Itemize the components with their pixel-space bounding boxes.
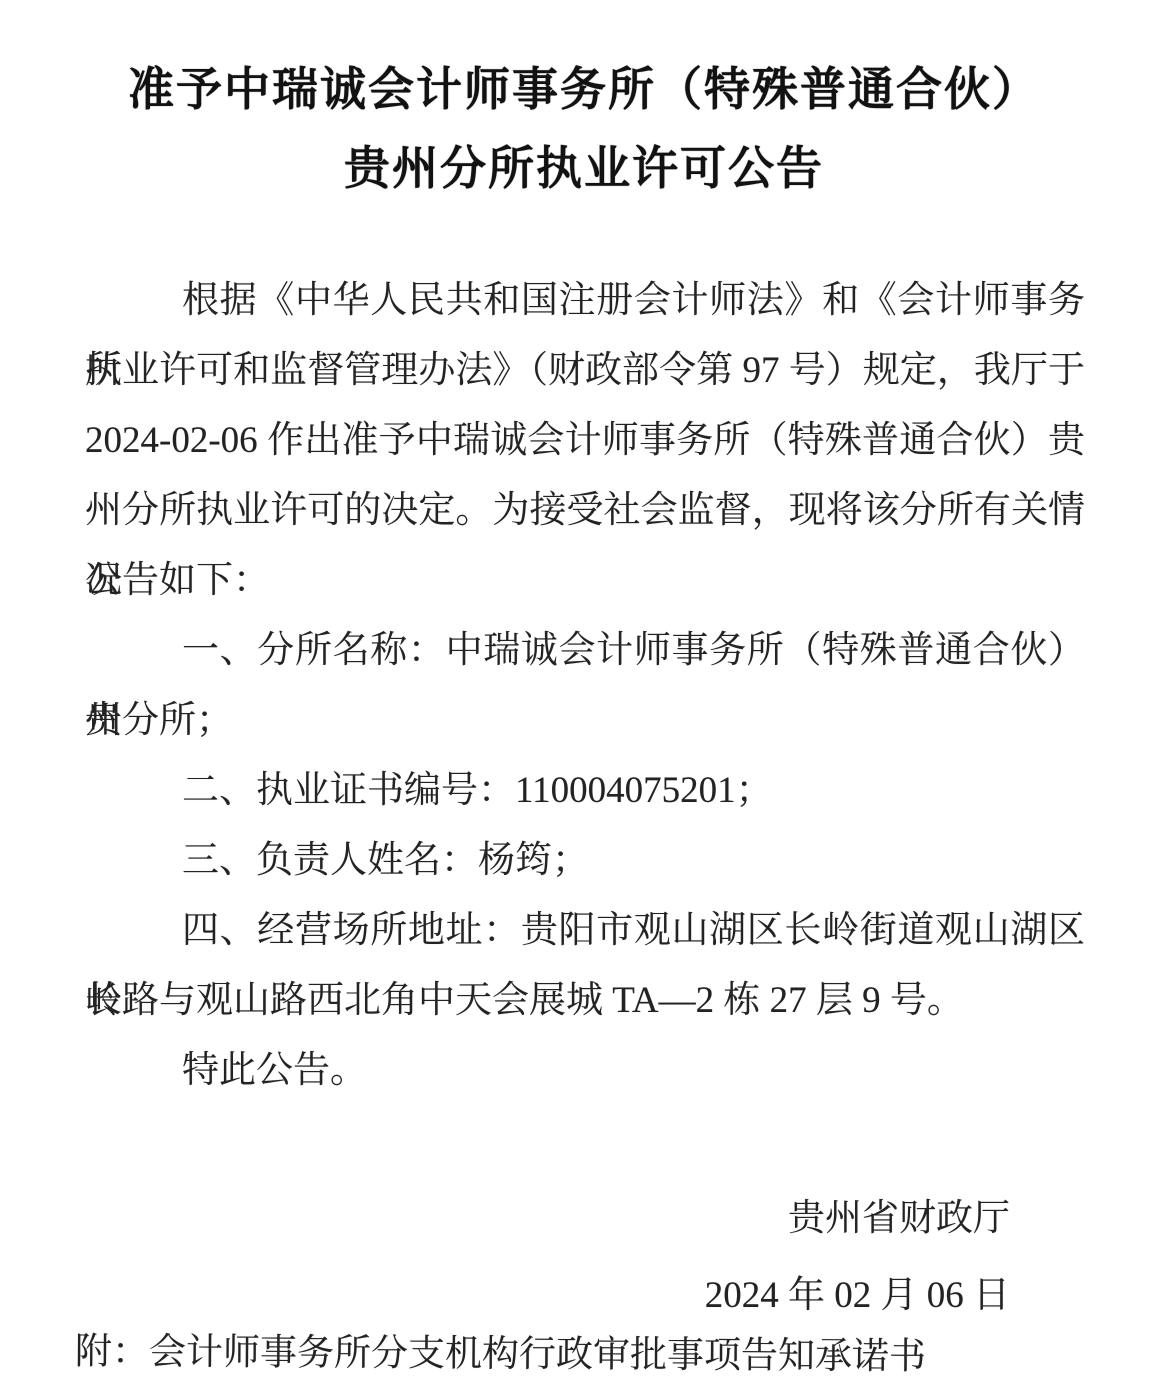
item-address: 四、经营场所地址：贵阳市观山湖区长岭街道观山湖区长 [85, 896, 1085, 966]
body-line: 根据《中华人民共和国注册会计师法》和《会计师事务所 [85, 266, 1085, 336]
closing-line: 特此公告。 [85, 1036, 1085, 1106]
signature-block: 贵州省财政厅 2024 年 02 月 06 日 [0, 1184, 1168, 1331]
body-line: 2024-02-06 作出准予中瑞诚会计师事务所（特殊普通合伙）贵 [85, 406, 1085, 476]
document-body: 根据《中华人民共和国注册会计师法》和《会计师事务所 执业许可和监督管理办法》（财… [0, 266, 1168, 1106]
item-person-in-charge: 三、负责人姓名：杨筠； [85, 826, 1085, 896]
body-line: 州分所执业许可的决定。为接受社会监督，现将该分所有关情况 [85, 476, 1085, 546]
attachment-note: 附：会计师事务所分支机构行政审批事项告知承诺书 [0, 1321, 1168, 1387]
item-branch-name: 一、分所名称：中瑞诚会计师事务所（特殊普通合伙）贵 [85, 616, 1085, 686]
body-line: 执业许可和监督管理办法》（财政部令第 97 号）规定，我厅于 [85, 336, 1085, 406]
document-title-line-1: 准予中瑞诚会计师事务所（特殊普通合伙） [0, 50, 1168, 129]
issue-date: 2024 年 02 月 06 日 [0, 1261, 1010, 1331]
item-address-2: 岭路与观山路西北角中天会展城 TA—2 栋 27 层 9 号。 [85, 966, 1085, 1036]
issuing-authority: 贵州省财政厅 [0, 1184, 1010, 1254]
item-license-number: 二、执业证书编号：110004075201； [85, 756, 1085, 826]
body-line: 公告如下： [85, 546, 1085, 616]
document-title: 准予中瑞诚会计师事务所（特殊普通合伙） 贵州分所执业许可公告 [0, 0, 1168, 208]
scanned-announcement-page: 准予中瑞诚会计师事务所（特殊普通合伙） 贵州分所执业许可公告 根据《中华人民共和… [0, 0, 1168, 1387]
document-title-line-2: 贵州分所执业许可公告 [0, 129, 1168, 208]
item-branch-name-2: 州分所； [85, 686, 1085, 756]
